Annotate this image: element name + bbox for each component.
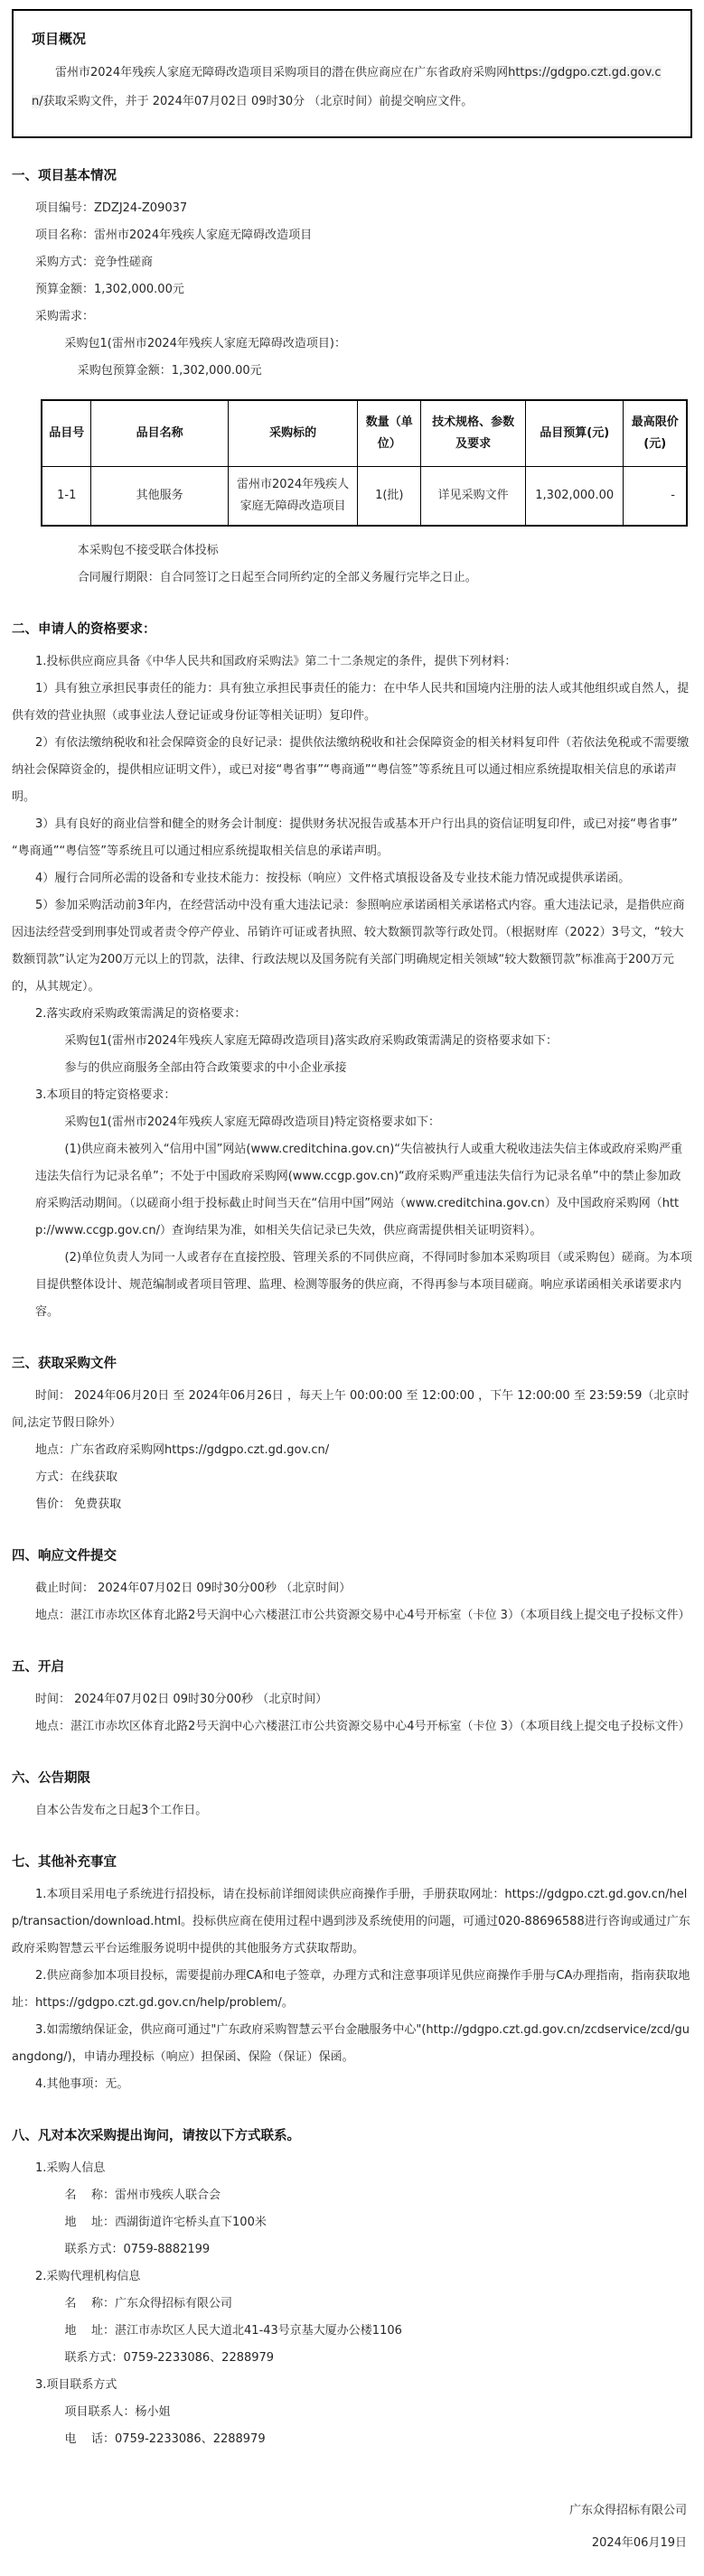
paragraph: 采购包预算金额：1,302,000.00元 bbox=[12, 358, 692, 385]
section-heading: 二、申请人的资格要求： bbox=[12, 619, 692, 638]
paragraph: 方式：在线获取 bbox=[12, 1464, 692, 1491]
paragraph: 采购包1(雷州市2024年残疾人家庭无障碍改造项目)特定资格要求如下： bbox=[12, 1109, 692, 1136]
table-header-cell: 数量（单位） bbox=[358, 400, 421, 467]
paragraph: 截止时间： 2024年07月02日 09时30分00秒 （北京时间） bbox=[12, 1575, 692, 1602]
table-row: 1-1其他服务雷州市2024年残疾人家庭无障碍改造项目1(批)详见采购文件1,3… bbox=[42, 467, 687, 527]
paragraph: (1)供应商未被列入“信用中国”网站(www.creditchina.gov.c… bbox=[35, 1136, 692, 1245]
paragraph: 3.如需缴纳保证金，供应商可通过"广东政府采购智慧云平台金融服务中心"(http… bbox=[12, 2017, 692, 2071]
table-cell: - bbox=[624, 467, 687, 527]
section-heading: 三、获取采购文件 bbox=[12, 1353, 692, 1372]
section-qualification: 二、申请人的资格要求：1.投标供应商应具备《中华人民共和国政府采购法》第二十二条… bbox=[12, 619, 692, 1326]
paragraph: 2）有依法缴纳税收和社会保障资金的良好记录：提供依法缴纳税收和社会保障资金的相关… bbox=[12, 730, 692, 811]
document-footer: 广东众得招标有限公司 2024年06月19日 bbox=[12, 2495, 692, 2560]
paragraph: 5）参加采购活动前3年内，在经营活动中没有重大违法记录：参照响应承诺函相关承诺格… bbox=[12, 892, 692, 1001]
paragraph: (2)单位负责人为同一人或者存在直接控股、管理关系的不同供应商，不得同时参加本采… bbox=[35, 1245, 692, 1326]
paragraph: 参与的供应商服务全部由符合政策要求的中小企业承接 bbox=[12, 1055, 692, 1082]
paragraph: 4.其他事项：无。 bbox=[12, 2071, 692, 2098]
paragraph: 合同履行期限：自合同签订之日起至合同所约定的全部义务履行完毕之日止。 bbox=[12, 565, 692, 592]
paragraph: 2.落实政府采购政策需满足的资格要求： bbox=[12, 1001, 692, 1028]
paragraph: 自本公告发布之日起3个工作日。 bbox=[12, 1797, 692, 1825]
paragraph: 项目联系人：杨小姐 bbox=[12, 2399, 692, 2426]
paragraph: 地 址：湛江市赤坎区人民大道北41-43号京基大厦办公楼1106 bbox=[12, 2318, 692, 2345]
table-cell: 雷州市2024年残疾人家庭无障碍改造项目 bbox=[228, 467, 358, 527]
table-cell: 其他服务 bbox=[91, 467, 228, 527]
paragraph: 项目编号：ZDZJ24-Z09037 bbox=[12, 195, 692, 222]
paragraph: 本采购包不接受联合体投标 bbox=[12, 537, 692, 565]
table-header-cell: 品目号 bbox=[42, 400, 91, 467]
table-header-cell: 最高限价(元) bbox=[624, 400, 687, 467]
paragraph: 4）履行合同所必需的设备和专业技术能力：按投标（响应）文件格式填报设备及专业技术… bbox=[12, 865, 692, 892]
section-basic-info: 一、项目基本情况项目编号：ZDZJ24-Z09037项目名称：雷州市2024年残… bbox=[12, 165, 692, 592]
paragraph: 采购方式：竞争性磋商 bbox=[12, 249, 692, 276]
paragraph: 1.投标供应商应具备《中华人民共和国政府采购法》第二十二条规定的条件，提供下列材… bbox=[12, 649, 692, 676]
document-body: 项目概况 雷州市2024年残疾人家庭无障碍改造项目采购项目的潜在供应商应在广东省… bbox=[0, 0, 704, 2576]
items-table: 品目号品目名称采购标的数量（单位）技术规格、参数及要求品目预算(元)最高限价(元… bbox=[41, 399, 688, 527]
paragraph: 3.项目联系方式 bbox=[12, 2372, 692, 2399]
paragraph: 采购包1(雷州市2024年残疾人家庭无障碍改造项目)落实政府采购政策需满足的资格… bbox=[12, 1028, 692, 1055]
table-header-row: 品目号品目名称采购标的数量（单位）技术规格、参数及要求品目预算(元)最高限价(元… bbox=[42, 400, 687, 467]
paragraph: 时间： 2024年07月02日 09时30分00秒 （北京时间） bbox=[12, 1686, 692, 1713]
section-heading: 六、公告期限 bbox=[12, 1768, 692, 1787]
overview-title: 项目概况 bbox=[32, 29, 672, 48]
paragraph: 电 话：0759-2233086、2288979 bbox=[12, 2426, 692, 2453]
paragraph: 地点：广东省政府采购网https://gdgpo.czt.gd.gov.cn/ bbox=[12, 1437, 692, 1464]
paragraph: 联系方式：0759-8882199 bbox=[12, 2236, 692, 2263]
table-cell: 详见采购文件 bbox=[421, 467, 526, 527]
announcement-date: 2024年06月19日 bbox=[12, 2527, 687, 2560]
section-announcement-period: 六、公告期限自本公告发布之日起3个工作日。 bbox=[12, 1768, 692, 1825]
paragraph: 3.本项目的特定资格要求： bbox=[12, 1082, 692, 1109]
paragraph: 地 址：西湖街道许宅桥头直下100米 bbox=[12, 2209, 692, 2236]
section-heading: 四、响应文件提交 bbox=[12, 1545, 692, 1564]
paragraph: 1.本项目采用电子系统进行招投标，请在投标前详细阅读供应商操作手册，手册获取网址… bbox=[12, 1881, 692, 1963]
table-header-cell: 品目名称 bbox=[91, 400, 228, 467]
paragraph: 采购需求： bbox=[12, 303, 692, 331]
section-contact: 八、凡对本次采购提出询问，请按以下方式联系。1.采购人信息名 称：雷州市残疾人联… bbox=[12, 2125, 692, 2453]
paragraph: 预算金额：1,302,000.00元 bbox=[12, 276, 692, 303]
paragraph: 名 称：广东众得招标有限公司 bbox=[12, 2291, 692, 2318]
section-obtain-documents: 三、获取采购文件时间： 2024年06月20日 至 2024年06月26日 ，每… bbox=[12, 1353, 692, 1518]
project-overview-box: 项目概况 雷州市2024年残疾人家庭无障碍改造项目采购项目的潜在供应商应在广东省… bbox=[12, 9, 692, 138]
paragraph: 联系方式：0759-2233086、2288979 bbox=[12, 2345, 692, 2372]
paragraph: 地点：湛江市赤坎区体育北路2号天润中心六楼湛江市公共资源交易中心4号开标室（卡位… bbox=[12, 1602, 692, 1629]
table-header-cell: 采购标的 bbox=[228, 400, 358, 467]
paragraph: 1.采购人信息 bbox=[12, 2155, 692, 2182]
table-cell: 1-1 bbox=[42, 467, 91, 527]
paragraph: 名 称：雷州市残疾人联合会 bbox=[12, 2182, 692, 2209]
table-cell: 1(批) bbox=[358, 467, 421, 527]
paragraph: 2.供应商参加本项目投标，需要提前办理CA和电子签章，办理方式和注意事项详见供应… bbox=[12, 1963, 692, 2017]
paragraph: 3）具有良好的商业信誉和健全的财务会计制度：提供财务状况报告或基本开户行出具的资… bbox=[12, 811, 692, 865]
paragraph: 1）具有独立承担民事责任的能力：具有独立承担民事责任的能力：在中华人民共和国境内… bbox=[12, 676, 692, 730]
table-cell: 1,302,000.00 bbox=[525, 467, 624, 527]
section-heading: 五、开启 bbox=[12, 1657, 692, 1675]
section-supplementary: 七、其他补充事宜1.本项目采用电子系统进行招投标，请在投标前详细阅读供应商操作手… bbox=[12, 1852, 692, 2098]
agency-signature: 广东众得招标有限公司 bbox=[12, 2495, 687, 2527]
paragraph: 2.采购代理机构信息 bbox=[12, 2263, 692, 2291]
table-header-cell: 技术规格、参数及要求 bbox=[421, 400, 526, 467]
section-heading: 七、其他补充事宜 bbox=[12, 1852, 692, 1871]
paragraph: 地点：湛江市赤坎区体育北路2号天润中心六楼湛江市公共资源交易中心4号开标室（卡位… bbox=[12, 1713, 692, 1741]
overview-paragraph: 雷州市2024年残疾人家庭无障碍改造项目采购项目的潜在供应商应在广东省政府采购网… bbox=[32, 59, 672, 117]
section-heading: 八、凡对本次采购提出询问，请按以下方式联系。 bbox=[12, 2125, 692, 2144]
sections: 一、项目基本情况项目编号：ZDZJ24-Z09037项目名称：雷州市2024年残… bbox=[12, 165, 692, 2453]
paragraph: 时间： 2024年06月20日 至 2024年06月26日 ，每天上午 00:0… bbox=[12, 1383, 692, 1437]
overview-text-suffix: 获取采购文件，并于 2024年07月02日 09时30分 （北京时间）前提交响应… bbox=[43, 95, 474, 108]
section-opening: 五、开启时间： 2024年07月02日 09时30分00秒 （北京时间）地点：湛… bbox=[12, 1657, 692, 1741]
section-response-submission: 四、响应文件提交截止时间： 2024年07月02日 09时30分00秒 （北京时… bbox=[12, 1545, 692, 1629]
paragraph: 项目名称：雷州市2024年残疾人家庭无障碍改造项目 bbox=[12, 222, 692, 249]
table-header-cell: 品目预算(元) bbox=[525, 400, 624, 467]
paragraph: 采购包1(雷州市2024年残疾人家庭无障碍改造项目)： bbox=[12, 331, 692, 358]
section-heading: 一、项目基本情况 bbox=[12, 165, 692, 184]
paragraph: 售价： 免费获取 bbox=[12, 1491, 692, 1518]
overview-text-prefix: 雷州市2024年残疾人家庭无障碍改造项目采购项目的潜在供应商应在广东省政府采购网 bbox=[55, 66, 508, 79]
